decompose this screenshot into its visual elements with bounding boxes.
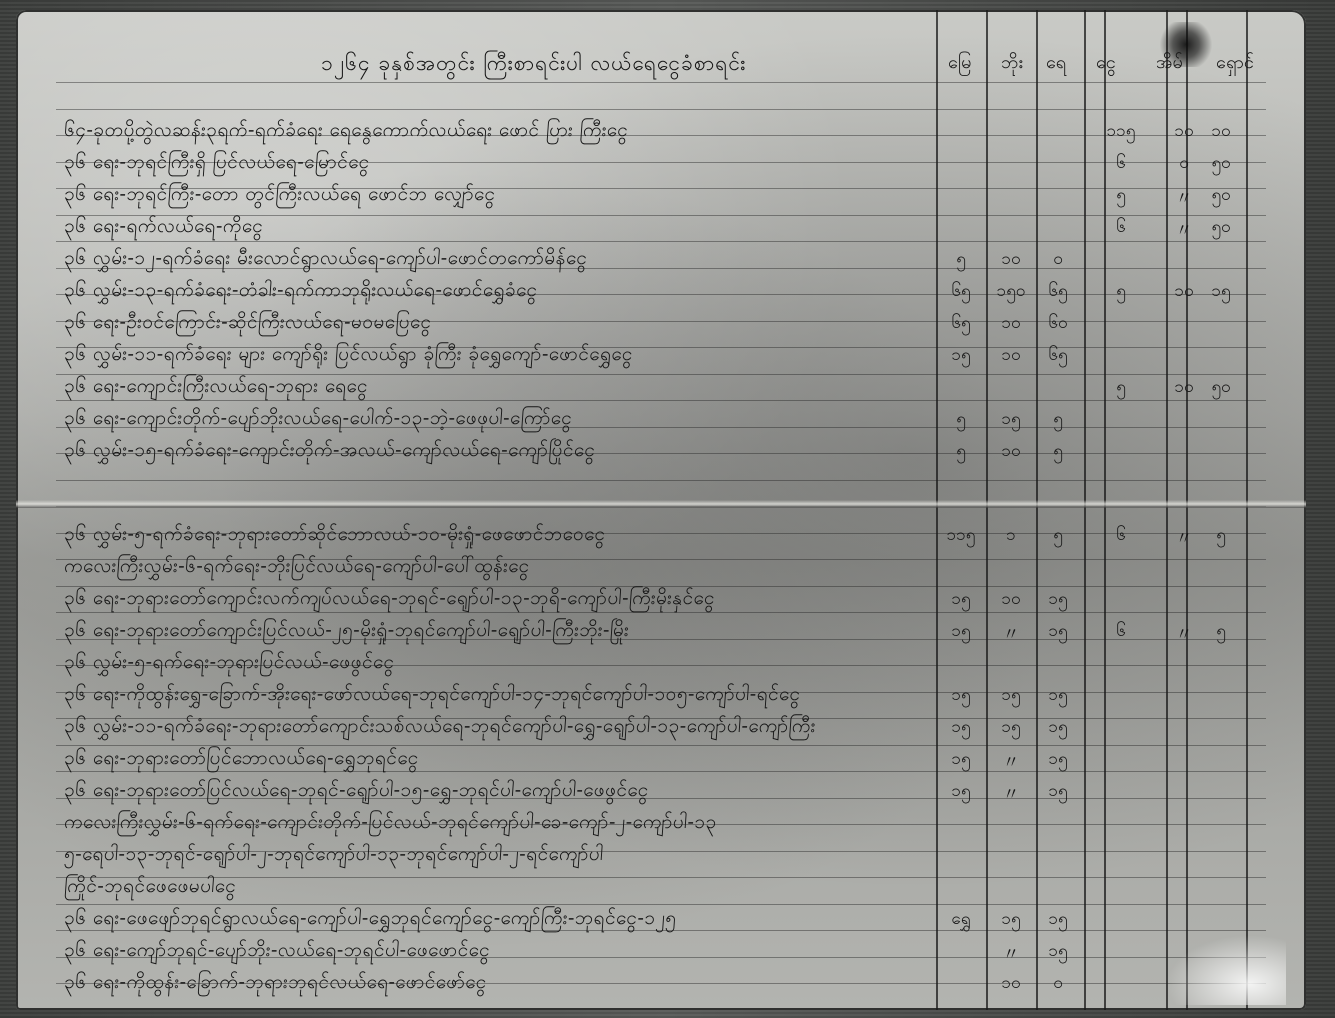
column-header: ရှောင် (1216, 50, 1254, 77)
column-header: မြေ (948, 50, 971, 77)
amount-cell: ၁၅ (941, 588, 981, 613)
amount-cell: ၁၅၀ (991, 280, 1031, 305)
amount-cell: ရွှေ (941, 908, 981, 933)
ledger-entry-text: ၃၆ ရေး-ရက်လယ်ရေ-ကိုငွေ (63, 214, 264, 242)
ledger-entry-text: ၃၆ ရေး-ဘုရားတော်ကျောင်းပြင်လယ်-၂၅-မိုးရှ… (63, 618, 630, 646)
ledger-entry-text: ၃၆ လွှမ်း-၁၃-ရက်ခံရေး-တံခါး-ရက်ကာဘုရိုးလ… (63, 278, 538, 306)
ledger-entry-text: ၃၆ ရေး-ဘုရင်ကြီးရှိ ပြင်လယ်ရေ-မြောင်ငွေ (63, 150, 371, 178)
amount-cell: ၅ (1201, 524, 1241, 549)
amount-cell: ၁၅ (991, 408, 1031, 433)
amount-cell: 〃 (991, 780, 1031, 805)
amount-cell: ၁၀ (1164, 280, 1204, 305)
amount-cell: ၆ (1101, 152, 1141, 177)
amount-cell: ၁၅ (941, 684, 981, 709)
ledger-entry-text: ၃၆ ရေး-ဖေဖျော်ဘုရင်ရွာလယ်ရေ-ကျော်ပါ-ရွှေ… (63, 906, 677, 934)
amount-cell: ၅၀ (1201, 216, 1241, 241)
ledger-entry-text: ၆၄-ခုတပို့တွဲလဆန်း၃ရက်-ရက်ခံရေး ရေနွေကော… (63, 118, 629, 146)
amount-cell: 〃 (1164, 620, 1204, 645)
amount-cell: 〃 (1164, 524, 1204, 549)
amount-cell: ၅ (1101, 184, 1141, 209)
amount-cell: ၁၀ (1201, 120, 1241, 145)
ledger-entry-text: ၃၆ ရေး-ကိုထွန်း-ခြောက်-ဘုရားဘုရင်လယ်ရေ-ဖ… (63, 970, 488, 998)
ledger-entry-text: ၃၆ လွှမ်း-၁၅-ရက်ခံရေး-ကျောင်းတိုက်-အလယ်-… (63, 438, 596, 466)
amount-cell: ၁၅ (941, 344, 981, 369)
ledger-entry-text: ၃၆ လွှမ်း-၁၂-ရက်ခံရေး မီးလောင်ရွာလယ်ရေ-က… (63, 246, 588, 274)
ledger-entry-text: ၃၆ ရေး-ဘုရားတော်ပြင်ဘောလယ်ရေ-ရွှေဘုရင်ငွ… (63, 746, 420, 774)
amount-cell: ၁၅ (1038, 780, 1078, 805)
amount-cell: ၅ (941, 248, 981, 273)
amount-cell: ၆၅ (941, 312, 981, 337)
amount-cell: 〃 (1164, 216, 1204, 241)
amount-cell: ၁၅ (1038, 684, 1078, 709)
ledger-entry-text: ၃၆ လွှမ်း-၁၁-ရက်ခံရေး-ဘုရားတော်ကျောင်းသစ… (63, 714, 817, 742)
amount-cell: ၁၅ (1038, 716, 1078, 741)
ledger-entry-text: ကြိုင်-ဘုရင်ဖေဖေမပါငွေ (63, 874, 237, 902)
amount-cell: ၁၀ (991, 248, 1031, 273)
amount-cell: ၅ (1101, 376, 1141, 401)
amount-cell: ၁၅ (941, 748, 981, 773)
amount-cell: ၆၅ (1038, 280, 1078, 305)
ledger-entry-text: ၃၆ လွှမ်း-၅-ရက်ရေး-ဘုရားပြင်လယ်-ဖေဖွင်ငွ… (63, 650, 395, 678)
amount-cell: ၅၀ (1201, 376, 1241, 401)
ledger-entry-text: ၃၆ ရေး-ဦးဝင်ကြောင်း-ဆိုင်ကြီးလယ်ရေ-မဝမပြ… (63, 310, 432, 338)
amount-cell: ၁၅ (1201, 280, 1241, 305)
ledger-entry-text: ၃၆ လွှမ်း-၁၁-ရက်ခံရေး များ ကျော်ရိုး ပြင… (63, 342, 634, 370)
column-header: ငွေ (1096, 50, 1116, 77)
amount-cell: ၅ (1038, 408, 1078, 433)
amount-cell: ၁၀ (991, 344, 1031, 369)
ledger-entry-text: ကလေးကြီးလွှမ်း-၆-ရက်ရေး-ဘိုးပြင်လယ်ရေ-ကျ… (63, 554, 531, 582)
amount-cell: ၁၅ (991, 716, 1031, 741)
amount-cell: ၆၀ (1038, 312, 1078, 337)
manuscript-page: ၁၂၆၄ ခုနှစ်အတွင်း ကြီးစာရင်းပါ လယ်ရေငွေခ… (16, 10, 1306, 1010)
column-header: ဘိုး (1001, 50, 1023, 77)
amount-cell: ၁၀ (991, 312, 1031, 337)
amount-cell: ၆ (1101, 524, 1141, 549)
amount-cell: ၁၅ (941, 620, 981, 645)
amount-cell: ၅၀ (1201, 152, 1241, 177)
ledger-entry-text: ၃၆ ရေး-ကျော်ဘုရင်-ပျော်ဘိုး-လယ်ရေ-ဘုရင်ပ… (63, 938, 491, 966)
amount-cell: ၅ (1201, 620, 1241, 645)
ledger-entry-text: ၃၆ ရေး-ကျောင်းကြီးလယ်ရေ-ဘုရား ရေငွေ (63, 374, 369, 402)
page-title: ၁၂၆၄ ခုနှစ်အတွင်း ကြီးစာရင်းပါ လယ်ရေငွေခ… (321, 50, 746, 81)
amount-cell: ၁၅ (991, 908, 1031, 933)
ledger-entry-text: ၃၆ ရေး-ကိုထွန်းရွှေ-ခြောက်-အိုးရေး-ဖော်လ… (63, 682, 801, 710)
amount-cell: ၅ (941, 408, 981, 433)
amount-cell: 〃 (1164, 184, 1204, 209)
amount-cell: ၁၅ (1038, 620, 1078, 645)
ledger-entry-text: ၅-ရေပါ-၁၃-ဘုရင်-ရျော်ပါ-၂-ဘုရင်ကျော်ပါ-၁… (63, 842, 604, 870)
amount-cell: ၆ (1101, 216, 1141, 241)
amount-cell: ၀ (1164, 152, 1204, 177)
amount-cell: ၆ (1101, 620, 1141, 645)
amount-cell: ၀ (1038, 248, 1078, 273)
corner-glare (1166, 935, 1286, 1005)
amount-cell: 〃 (991, 748, 1031, 773)
amount-cell: ၁၅ (1038, 588, 1078, 613)
ledger-entry-text: ၃၆ ရေး-ကျောင်းတိုက်-ပျော်ဘိုးလယ်ရေ-ပေါက်… (63, 406, 573, 434)
ledger-entry-text: ၃၆ ရေး-ဘုရားတော်ကျောင်းလက်ကျပ်လယ်ရေ-ဘုရင… (63, 586, 716, 614)
amount-cell: ၆၅ (1038, 344, 1078, 369)
amount-cell: ၁၁၅ (1101, 120, 1141, 145)
amount-cell: ၅ (1101, 280, 1141, 305)
amount-cell: ၁၀ (991, 440, 1031, 465)
amount-cell: ၆၅ (941, 280, 981, 305)
column-header: အိမ် (1156, 50, 1183, 77)
amount-cell: ၁၅ (991, 684, 1031, 709)
amount-cell: 〃 (991, 940, 1031, 965)
fold-crease (16, 500, 1306, 508)
ledger-entry-text: ၃၆ ရေး-ဘုရားတော်ပြင်လယ်ရေ-ဘုရင်-ရျော်ပါ-… (63, 778, 650, 806)
amount-cell: ၁၀ (1164, 376, 1204, 401)
column-header: ရေ (1046, 50, 1066, 77)
ledger-entry-text: ကလေးကြီးလွှမ်း-၆-ရက်ရေး-ကျောင်းတိုက်-ပြင… (63, 810, 718, 838)
amount-cell: ၅ (1038, 524, 1078, 549)
amount-cell: ၁၀ (991, 588, 1031, 613)
ledger-entry-text: ၃၆ ရေး-ဘုရင်ကြီး-တော တွင်ကြီးလယ်ရေ ဖောင်… (63, 182, 496, 210)
amount-cell: ၁၁၅ (941, 524, 981, 549)
amount-cell: ၅၀ (1201, 184, 1241, 209)
ledger-entry-text: ၃၆ လွှမ်း-၅-ရက်ခံရေး-ဘုရားတော်ဆိုင်ဘောလယ… (63, 522, 606, 550)
amount-cell: ၁၅ (941, 716, 981, 741)
amount-cell: ၁၀ (991, 972, 1031, 997)
amount-cell: ၁၅ (941, 780, 981, 805)
amount-cell: ၁၀ (1164, 120, 1204, 145)
amount-cell: ၅ (1038, 440, 1078, 465)
amount-cell: ၁၅ (1038, 908, 1078, 933)
amount-cell: ၁၅ (1038, 748, 1078, 773)
amount-cell: ၁၅ (1038, 940, 1078, 965)
amount-cell: ၀ (1038, 972, 1078, 997)
amount-cell: 〃 (991, 620, 1031, 645)
amount-cell: ၅ (941, 440, 981, 465)
amount-cell: ၁ (991, 524, 1031, 549)
